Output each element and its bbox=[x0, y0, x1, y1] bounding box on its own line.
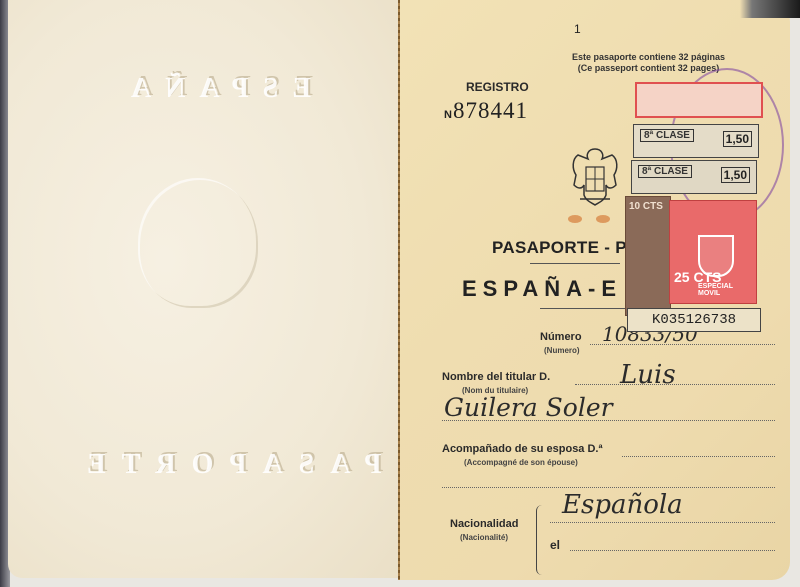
stamp-class: 8ª CLASE bbox=[640, 129, 694, 142]
esposa-label: Acompañado de su esposa D.ª bbox=[442, 443, 603, 455]
stamp-value: 1,50 bbox=[721, 167, 750, 183]
registro-value: 878441 bbox=[453, 98, 528, 123]
numero-sub: (Numero) bbox=[544, 346, 580, 355]
registro-prefix: N bbox=[444, 109, 453, 121]
el-label: el bbox=[550, 538, 560, 552]
embossed-eagle-icon bbox=[138, 178, 258, 308]
numero-label: Número bbox=[540, 331, 582, 343]
embossed-pasaporte: PASAPORTE bbox=[72, 448, 383, 480]
left-page: ESPAÑA PASAPORTE bbox=[8, 0, 400, 578]
brown-stamp: 10 CTS bbox=[625, 196, 671, 316]
stain-marks bbox=[568, 210, 624, 228]
red-fiscal-stamp bbox=[635, 82, 763, 118]
title-espana: ESPAÑA-E bbox=[462, 276, 622, 302]
esposa-sub: (Accompagné de son épouse) bbox=[464, 458, 578, 467]
fiscal-stamp-8a: 8ª CLASE 1,50 bbox=[633, 124, 759, 158]
page-number: 1 bbox=[574, 22, 581, 36]
embossed-espana: ESPAÑA bbox=[118, 72, 312, 104]
fiscal-stamp-8b: 8ª CLASE 1,50 bbox=[631, 160, 757, 194]
stamp-value: 1,50 bbox=[723, 131, 752, 147]
nombre-first: Luis bbox=[620, 360, 676, 390]
background-corner bbox=[740, 0, 800, 18]
nacionalidad-value: Española bbox=[562, 490, 683, 520]
ornament-rule bbox=[530, 263, 620, 264]
registro-number: N878441 bbox=[444, 98, 528, 124]
registro-label: REGISTRO bbox=[466, 80, 529, 94]
eagle-crest-icon bbox=[568, 145, 622, 211]
stamp-class: 8ª CLASE bbox=[638, 165, 692, 178]
ornament-rule bbox=[540, 308, 630, 309]
right-page: 1 Este pasaporte contiene 32 páginas (Ce… bbox=[400, 0, 790, 580]
esposa-line bbox=[622, 456, 775, 457]
red-25-stamp: 25 CTS ESPECIAL MOVIL bbox=[669, 200, 757, 304]
nacionalidad-sub: (Nacionalité) bbox=[460, 533, 508, 542]
title-pasaporte: PASAPORTE - PA bbox=[492, 238, 638, 258]
nombre-label: Nombre del titular D. bbox=[442, 371, 550, 383]
fiscal-stamps: 8ª CLASE 1,50 8ª CLASE 1,50 10 CTS 25 CT… bbox=[625, 76, 765, 316]
brown-stamp-value: 10 CTS bbox=[629, 201, 663, 212]
pages-note-fr: (Ce passeport contient 32 pages) bbox=[572, 63, 725, 74]
nacionalidad-brace bbox=[536, 505, 545, 575]
pages-note-es: Este pasaporte contiene 32 páginas bbox=[572, 52, 725, 63]
el-line bbox=[570, 550, 775, 551]
stamp-serial: K035126738 bbox=[627, 308, 761, 332]
red-stamp-text: ESPECIAL MOVIL bbox=[698, 283, 756, 297]
nacionalidad-line bbox=[550, 522, 775, 523]
nacionalidad-label: Nacionalidad bbox=[450, 518, 518, 530]
pages-note: Este pasaporte contiene 32 páginas (Ce p… bbox=[572, 52, 725, 74]
esposa-line-2 bbox=[442, 487, 775, 488]
nombre-last: Guilera Soler bbox=[444, 393, 613, 422]
